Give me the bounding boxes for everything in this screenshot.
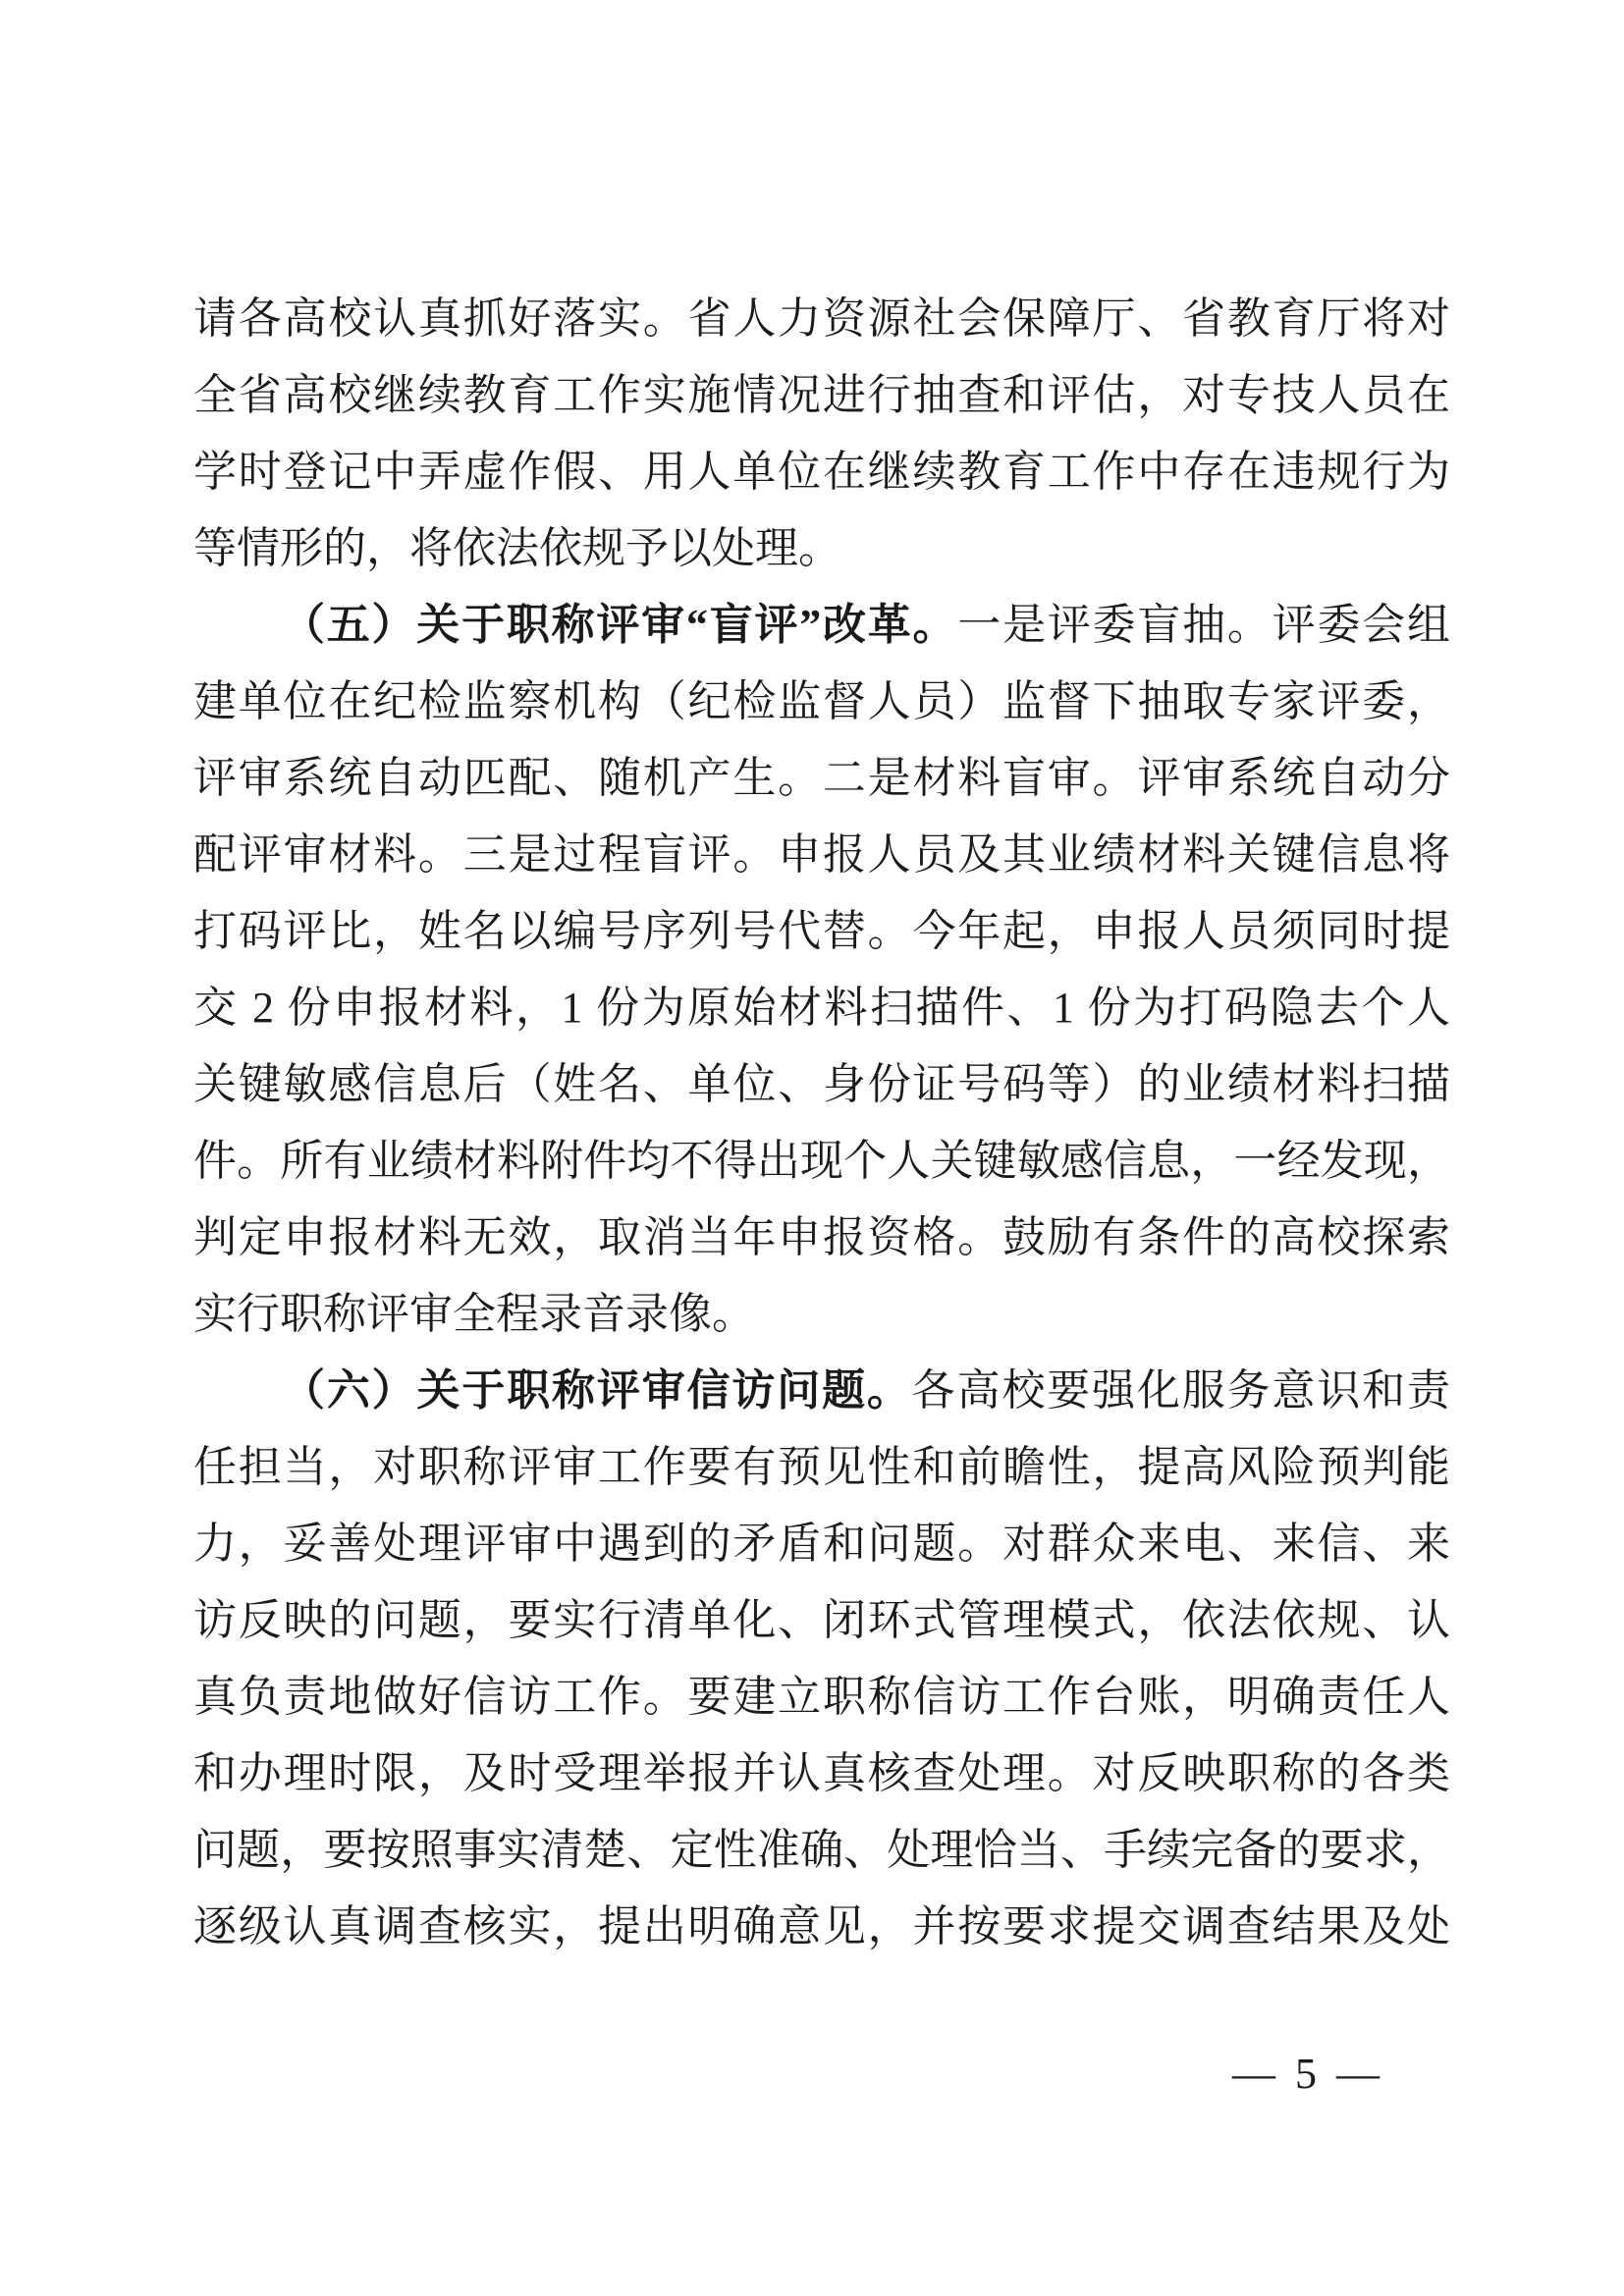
document-body: 请各高校认真抓好落实。省人力资源社会保障厅、省教育厅将对全省高校继续教育工作实施… bbox=[193, 281, 1450, 1965]
body-text: 问题，要按照事实清楚、定性准确、处理恰当、手续完备的要求， bbox=[193, 1826, 1450, 1874]
text-line: 打码评比，姓名以编号序列号代替。今年起，申报人员须同时提 bbox=[193, 893, 1450, 970]
body-text: 和办理时限，及时受理举报并认真核查处理。对反映职称的各类 bbox=[193, 1749, 1450, 1797]
body-text: 判定申报材料无效，取消当年申报资格。鼓励有条件的高校探索 bbox=[193, 1213, 1450, 1261]
body-text: 建单位在纪检监察机构（纪检监督人员）监督下抽取专家评委， bbox=[193, 677, 1450, 725]
document-page: 请各高校认真抓好落实。省人力资源社会保障厅、省教育厅将对全省高校继续教育工作实施… bbox=[0, 0, 1624, 2296]
text-line: 和办理时限，及时受理举报并认真核查处理。对反映职称的各类 bbox=[193, 1735, 1450, 1812]
body-text: 访反映的问题，要实行清单化、闭环式管理模式，依法依规、认 bbox=[193, 1596, 1450, 1644]
text-line: 请各高校认真抓好落实。省人力资源社会保障厅、省教育厅将对 bbox=[193, 281, 1450, 357]
body-text: 件。所有业绩材料附件均不得出现个人关键敏感信息，一经发现， bbox=[193, 1137, 1450, 1185]
text-line: 全省高校继续教育工作实施情况进行抽查和评估，对专技人员在 bbox=[193, 357, 1450, 434]
page-number: 5 bbox=[1295, 2047, 1317, 2102]
text-line: 判定申报材料无效，取消当年申报资格。鼓励有条件的高校探索 bbox=[193, 1200, 1450, 1276]
body-text: 任担当，对职称评审工作要有预见性和前瞻性，提高风险预判能 bbox=[193, 1443, 1450, 1491]
body-text: 实行职称评审全程录音录像。 bbox=[193, 1290, 755, 1338]
body-text: 逐级认真调查核实，提出明确意见，并按要求提交调查结果及处 bbox=[193, 1902, 1450, 1950]
text-line: （五）关于职称评审“盲评”改革。一是评委盲抽。评委会组 bbox=[193, 587, 1450, 664]
text-line: 件。所有业绩材料附件均不得出现个人关键敏感信息，一经发现， bbox=[193, 1123, 1450, 1200]
body-text: 学时登记中弄虚作假、用人单位在继续教育工作中存在违规行为 bbox=[193, 448, 1450, 496]
body-text: 力，妥善处理评审中遇到的矛盾和问题。对群众来电、来信、来 bbox=[193, 1520, 1450, 1568]
text-line: 力，妥善处理评审中遇到的矛盾和问题。对群众来电、来信、来 bbox=[193, 1506, 1450, 1582]
text-line: 等情形的，将依法依规予以处理。 bbox=[193, 510, 1450, 587]
text-line: 真负责地做好信访工作。要建立职称信访工作台账，明确责任人 bbox=[193, 1659, 1450, 1735]
body-text: 请各高校认真抓好落实。省人力资源社会保障厅、省教育厅将对 bbox=[193, 294, 1450, 343]
body-text: 评审系统自动匹配、随机产生。二是材料盲审。评审系统自动分 bbox=[193, 754, 1450, 802]
body-text: 真负责地做好信访工作。要建立职称信访工作台账，明确责任人 bbox=[193, 1673, 1450, 1721]
body-text: 交 2 份申报材料，1 份为原始材料扫描件、1 份为打码隐去个人 bbox=[193, 984, 1450, 1032]
text-line: 问题，要按照事实清楚、定性准确、处理恰当、手续完备的要求， bbox=[193, 1812, 1450, 1889]
text-line: 交 2 份申报材料，1 份为原始材料扫描件、1 份为打码隐去个人 bbox=[193, 970, 1450, 1046]
text-line: 逐级认真调查核实，提出明确意见，并按要求提交调查结果及处 bbox=[193, 1889, 1450, 1965]
text-line: 配评审材料。三是过程盲评。申报人员及其业绩材料关键信息将 bbox=[193, 817, 1450, 893]
text-line: 建单位在纪检监察机构（纪检监督人员）监督下抽取专家评委， bbox=[193, 664, 1450, 740]
body-text: 一是评委盲抽。评委会组 bbox=[957, 601, 1450, 649]
section-heading-text: （五）关于职称评审“盲评”改革。 bbox=[282, 601, 957, 649]
text-line: 任担当，对职称评审工作要有预见性和前瞻性，提高风险预判能 bbox=[193, 1429, 1450, 1506]
footer-dash-right: — bbox=[1336, 2047, 1380, 2102]
text-line: 关键敏感信息后（姓名、单位、身份证号码等）的业绩材料扫描 bbox=[193, 1046, 1450, 1123]
body-text: 等情形的，将依法依规予以处理。 bbox=[193, 524, 841, 572]
text-line: 实行职称评审全程录音录像。 bbox=[193, 1276, 1450, 1353]
body-text: 配评审材料。三是过程盲评。申报人员及其业绩材料关键信息将 bbox=[193, 830, 1450, 879]
section-heading-text: （六）关于职称评审信访问题。 bbox=[282, 1366, 912, 1415]
page-footer: — 5 — bbox=[1232, 2047, 1380, 2102]
text-line: 评审系统自动匹配、随机产生。二是材料盲审。评审系统自动分 bbox=[193, 740, 1450, 817]
text-line: 学时登记中弄虚作假、用人单位在继续教育工作中存在违规行为 bbox=[193, 434, 1450, 510]
body-text: 各高校要强化服务意识和责 bbox=[912, 1366, 1450, 1415]
body-text: 打码评比，姓名以编号序列号代替。今年起，申报人员须同时提 bbox=[193, 907, 1450, 955]
body-text: 全省高校继续教育工作实施情况进行抽查和评估，对专技人员在 bbox=[193, 371, 1450, 419]
text-line: 访反映的问题，要实行清单化、闭环式管理模式，依法依规、认 bbox=[193, 1582, 1450, 1659]
footer-dash-left: — bbox=[1232, 2047, 1275, 2102]
text-line: （六）关于职称评审信访问题。各高校要强化服务意识和责 bbox=[193, 1353, 1450, 1429]
body-text: 关键敏感信息后（姓名、单位、身份证号码等）的业绩材料扫描 bbox=[193, 1060, 1450, 1108]
